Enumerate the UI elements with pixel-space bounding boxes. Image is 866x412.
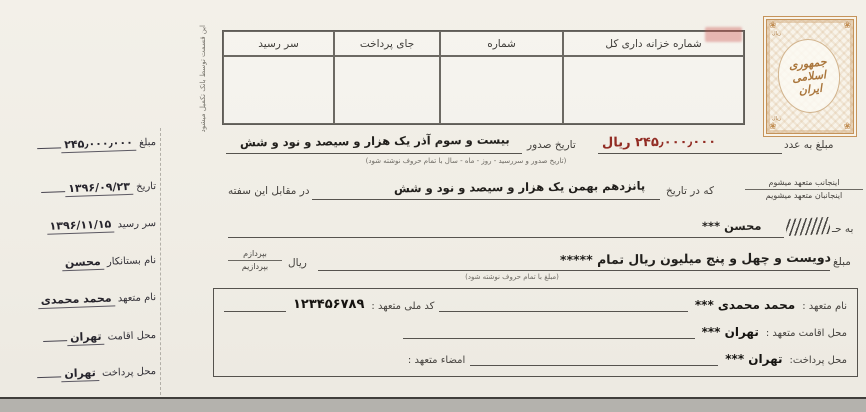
issue-date-value: بیست و سوم آذر یک هزار و سیصد و نود و شش (240, 133, 510, 150)
obligor-name-value: محمد محمدی *** (693, 298, 797, 312)
emblem-line3: ایران (798, 81, 823, 96)
table-empty-cell (440, 56, 563, 124)
signature-label: امضاء متعهد : (408, 355, 465, 366)
crossed-out-scribble (786, 217, 831, 236)
ornament-flower-icon: ❀ (843, 122, 851, 132)
stub-residence-value: تهران (67, 330, 105, 346)
table-header-due-date: سر رسید (223, 31, 334, 56)
blank-line (41, 181, 65, 193)
undertake-plural: اینجانبان متعهد میشویم (745, 190, 863, 201)
blank-line (439, 301, 687, 312)
blank-line (403, 328, 695, 339)
stub-obligor-label: نام متعهد (118, 292, 157, 304)
stub-row-creditor: نام بستانکار محسن (4, 253, 156, 271)
amount-digits-value: ۲۴۵٫۰۰۰٫۰۰۰ ریال (602, 134, 716, 150)
stub-residence-label: محل اقامت (108, 330, 157, 343)
table-header-number: شماره (440, 31, 563, 56)
blank-line (228, 224, 784, 238)
stub-amount-value: ۲۴۵٫۰۰۰٫۰۰۰ (61, 136, 136, 154)
blank-line (37, 137, 61, 149)
amount-format-caption: (مبلغ با تمام حروف نوشته شود) (432, 273, 592, 281)
blank-line (224, 301, 286, 312)
national-id-value: ۱۲۳۴۵۶۷۸۹ (291, 297, 366, 312)
pay-plural: بپردازیم (228, 261, 282, 272)
table-empty-cell (334, 56, 440, 124)
against-note-label: در مقابل این سفته (228, 185, 310, 197)
amount-words-value: دویست و چهل و پنج میلیون ریال تمام ***** (560, 250, 831, 268)
bank-section-note: این قسمت توسط بانک تکمیل میشود (199, 25, 211, 129)
payment-place-label: محل پرداخت: (790, 355, 847, 366)
stub-row-amount: مبلغ ۲۴۵٫۰۰۰٫۰۰۰ (4, 134, 156, 153)
order-of-label: به حـ (832, 223, 853, 235)
undertake-singular: اینجانب متعهد میشوم (745, 177, 863, 190)
stub-row-residence: محل اقامت تهران (4, 327, 156, 346)
blank-line (37, 366, 61, 378)
date-format-caption: (تاریخ صدور و سررسید - روز - ماه - سال ب… (330, 157, 602, 165)
iran-emblem-stamp: ❀ ❀ ❀ ❀ ریال ریال جمهوری اسلامی ایران (763, 16, 857, 137)
stub-row-due-date: سر رسید ۱۳۹۶/۱۱/۱۵ (4, 216, 156, 234)
stub-due-date-value: ۱۳۹۶/۱۱/۱۵ (46, 217, 114, 234)
table-empty-cell (563, 56, 744, 124)
issue-date-label: تاریخ صدور (527, 139, 576, 151)
amount-digits-label: مبلغ به عدد (784, 139, 834, 151)
payment-place-value: تهران *** (723, 352, 784, 366)
on-date-label: که در تاریخ (666, 185, 714, 197)
order-of-value: محسن *** (702, 219, 762, 234)
ornament-flower-icon: ❀ (769, 122, 777, 132)
perforation-dashed-line (160, 128, 161, 400)
emblem-title: جمهوری اسلامی ایران (774, 36, 843, 116)
stub-due-date-label: سر رسید (117, 218, 156, 230)
blank-line (470, 355, 718, 366)
obligor-residence-label: محل اقامت متعهد : (766, 328, 847, 339)
blank-line (43, 330, 67, 342)
scan-bottom-edge (0, 397, 866, 412)
stub-amount-label: مبلغ (139, 137, 156, 149)
stub-row-date: تاریخ ۱۳۹۶/۰۹/۲۳ (4, 178, 156, 197)
due-date-value: پانزدهم بهمن یک هزار و سیصد و نود و شش (394, 179, 645, 196)
national-id-label: کد ملی متعهد : (371, 301, 434, 312)
stub-obligor-value: محمد محمدی (38, 291, 115, 309)
emblem-rial-label: ریال (772, 31, 781, 37)
bank-table: شماره خزانه داری کل شماره جای پرداخت سر … (222, 30, 745, 125)
stub-date-label: تاریخ (136, 181, 156, 193)
stub-payment-place-label: محل پرداخت (102, 366, 156, 379)
promissory-note-scan: مبلغ ۲۴۵٫۰۰۰٫۰۰۰ تاریخ ۱۳۹۶/۰۹/۲۳ سر رسی… (0, 0, 866, 412)
stub-row-payment-place: محل پرداخت تهران (4, 363, 156, 382)
stub-payment-place-value: تهران (61, 366, 99, 382)
undertake-alternatives: اینجانب متعهد میشوم اینجانبان متعهد میشو… (745, 177, 863, 201)
stub-creditor-label: نام بستانکار (107, 255, 157, 268)
table-header-payment-place: جای پرداخت (334, 31, 440, 56)
obligor-residence-value: تهران *** (700, 325, 761, 339)
amount-words-label: مبلغ (833, 256, 851, 268)
pay-alternatives: بپردازم بپردازیم (228, 248, 282, 272)
rial-label: ریال (288, 257, 307, 269)
pay-singular: بپردازم (228, 248, 282, 261)
obligor-details-box: نام متعهد : محمد محمدی *** کد ملی متعهد … (213, 288, 858, 377)
ornament-flower-icon: ❀ (843, 21, 851, 31)
ornament-flower-icon: ❀ (769, 21, 777, 31)
obligor-name-label: نام متعهد : (802, 301, 847, 312)
red-serial-mark (705, 27, 742, 42)
stub-creditor-value: محسن (62, 255, 104, 271)
stub-row-obligor: نام متعهد محمد محمدی (4, 290, 156, 308)
emblem-rial-label: ریال (772, 116, 781, 122)
payment-place-row: محل پرداخت: تهران *** امضاء متعهد : (224, 352, 847, 366)
table-empty-cell (223, 56, 334, 124)
stub-date-value: ۱۳۹۶/۰۹/۲۳ (65, 180, 133, 197)
obligor-name-row: نام متعهد : محمد محمدی *** کد ملی متعهد … (224, 297, 847, 312)
obligor-residence-row: محل اقامت متعهد : تهران *** (224, 325, 847, 339)
